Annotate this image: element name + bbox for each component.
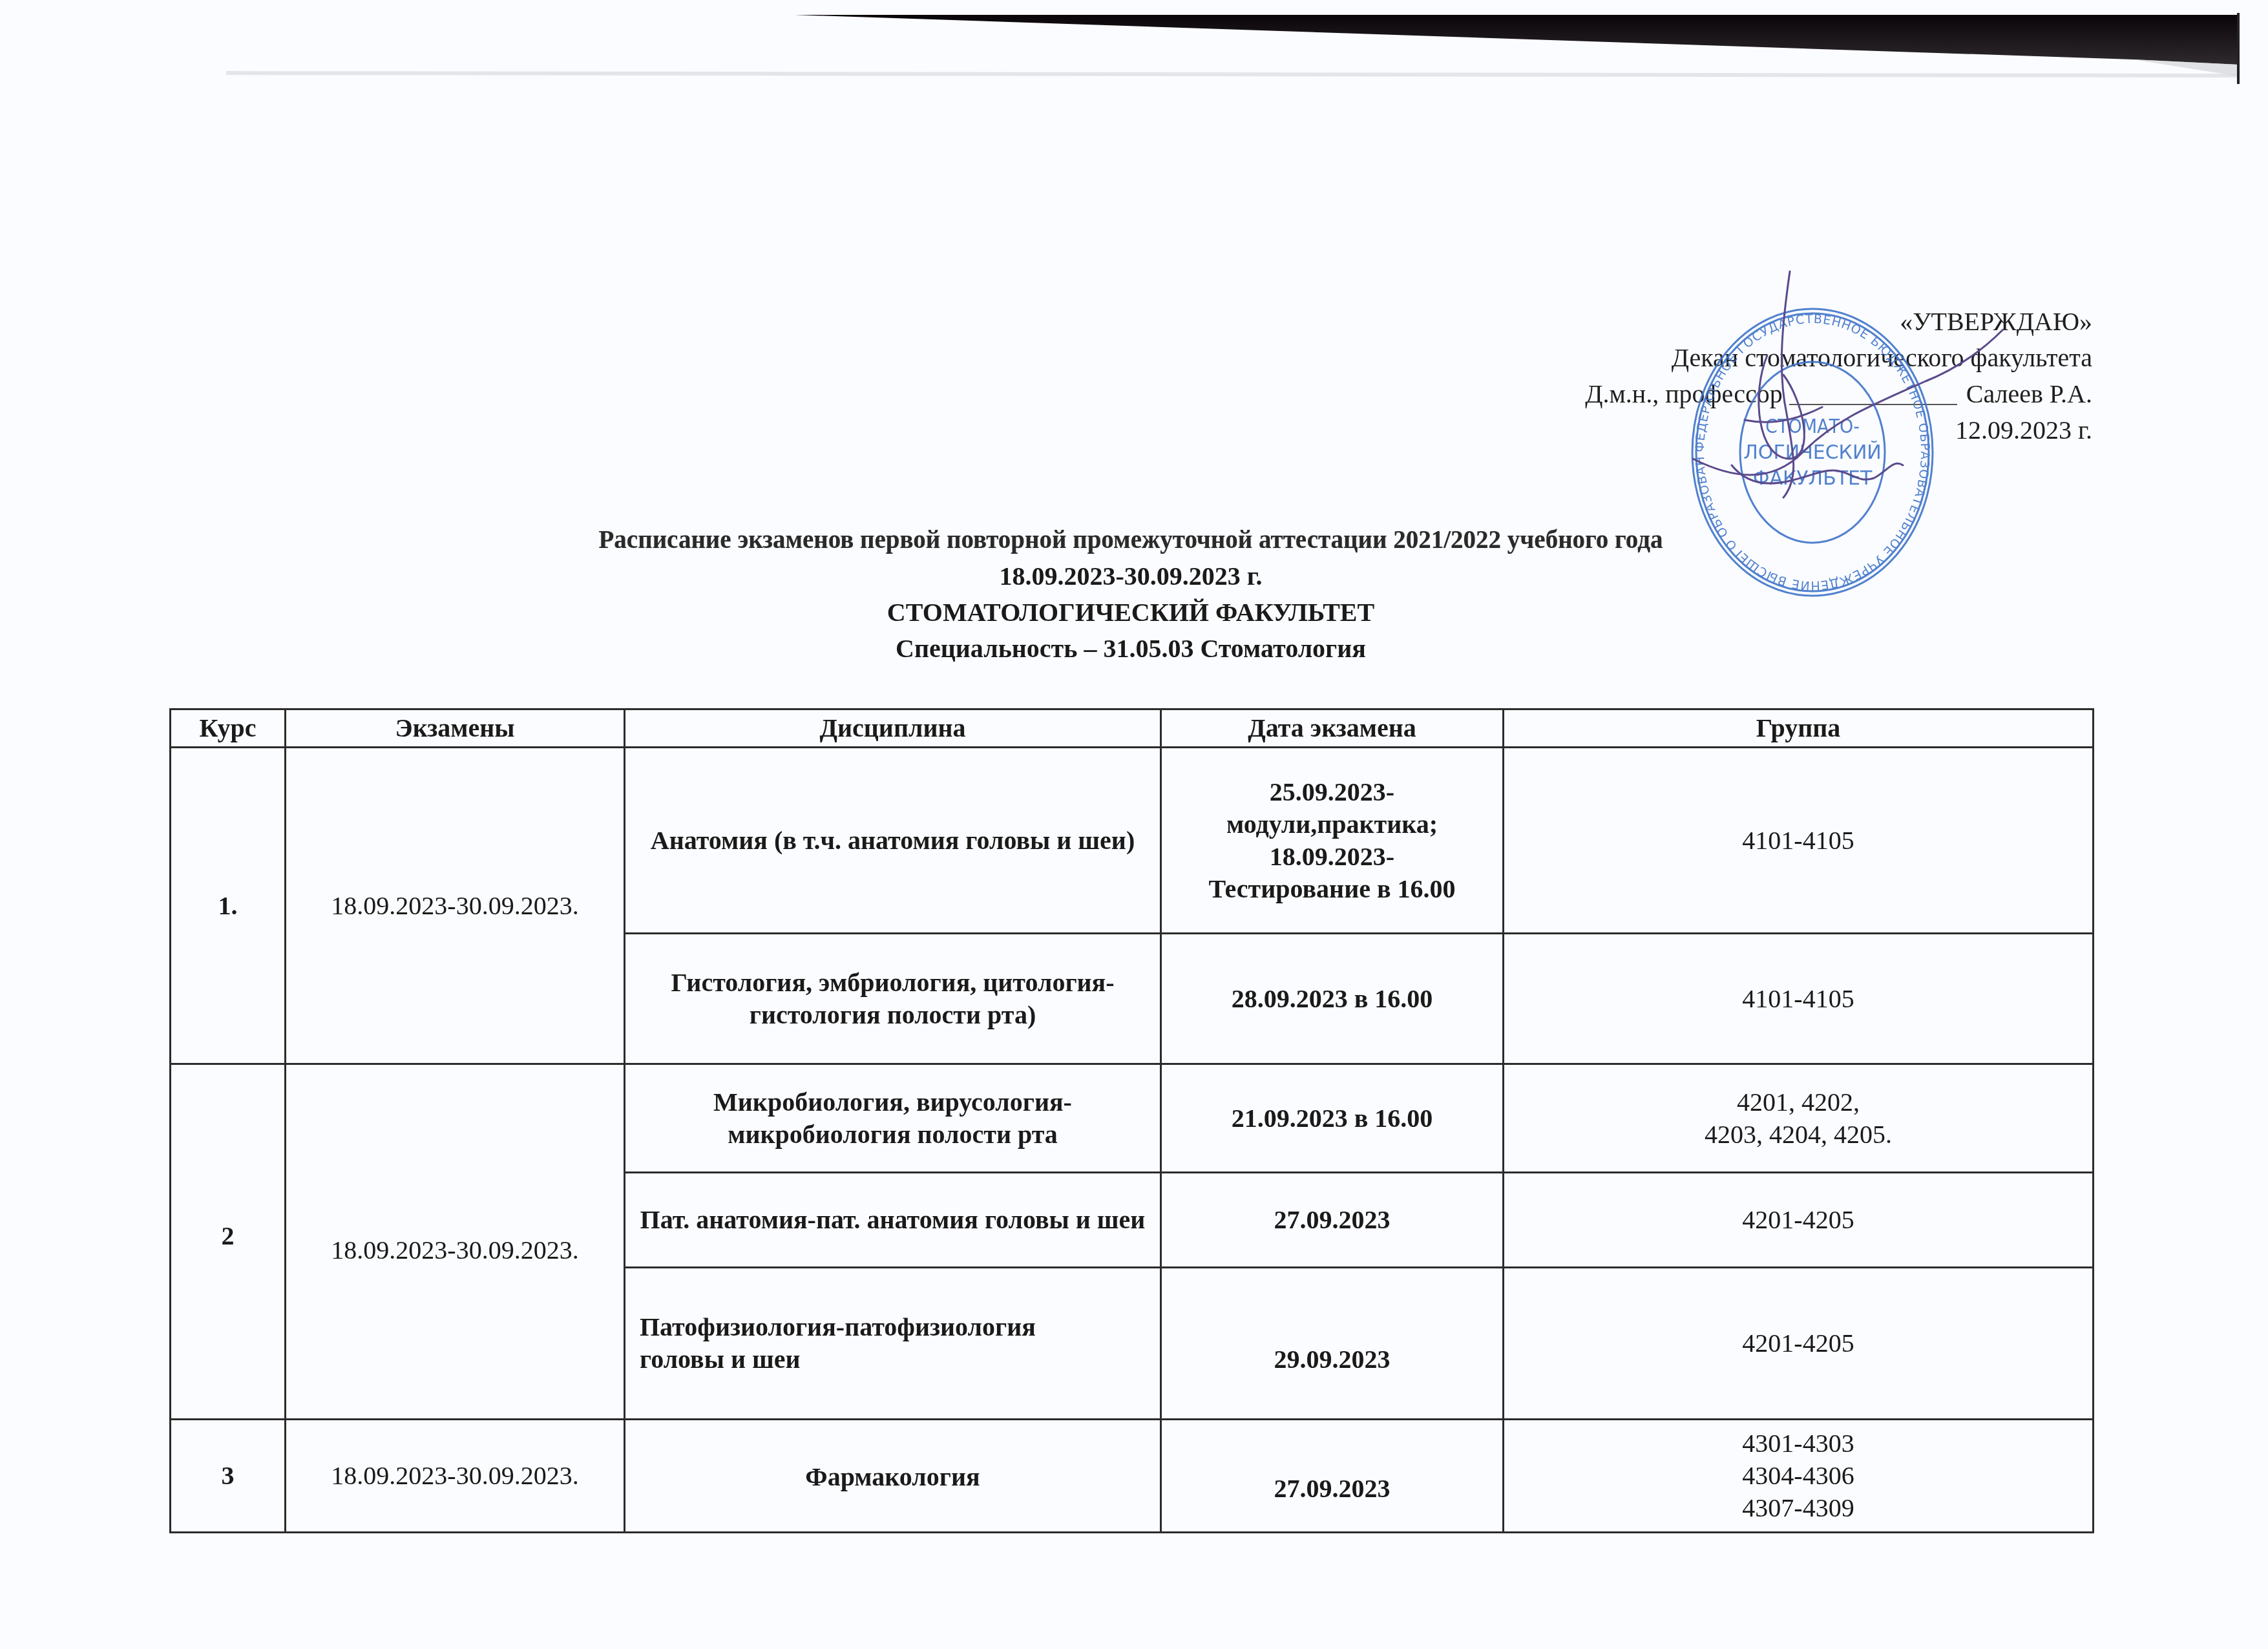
exam-date-line: Тестирование в 16.00	[1171, 873, 1493, 905]
table-header-row: Курс Экзамены Дисциплина Дата экзамена Г…	[171, 709, 2094, 748]
header-exams: Экзамены	[286, 709, 625, 748]
approval-position: Декан стоматологического факультета	[1585, 340, 2092, 376]
scan-edge	[2237, 13, 2240, 84]
course-number: 3	[171, 1420, 286, 1533]
exam-date: 27.09.2023	[1161, 1173, 1504, 1268]
exam-date-line: 25.09.2023-	[1171, 776, 1493, 808]
group-line: 4301-4303	[1513, 1427, 2083, 1460]
scan-shadow	[0, 0, 2268, 90]
group: 4201, 4202, 4203, 4204, 4205.	[1504, 1064, 2094, 1173]
exam-date-line: 18.09.2023-	[1171, 841, 1493, 873]
discipline: Гистология, эмбриология, цитология- гист…	[625, 934, 1161, 1064]
exam-period: 18.09.2023-30.09.2023.	[286, 748, 625, 1064]
group: 4201-4205	[1504, 1268, 2094, 1420]
exam-date: 28.09.2023 в 16.00	[1161, 934, 1504, 1064]
group-line: 4203, 4204, 4205.	[1513, 1119, 2083, 1151]
group-line: 4201, 4202,	[1513, 1086, 2083, 1119]
signature-underline	[1789, 404, 1957, 405]
approval-signature-line: Д.м.н., профессорСалеев Р.А.	[1585, 376, 2092, 412]
approval-heading: «УТВЕРЖДАЮ»	[1585, 304, 2092, 340]
discipline: Анатомия (в т.ч. анатомия головы и шеи)	[625, 748, 1161, 934]
approval-date: 12.09.2023 г.	[1585, 412, 2092, 448]
approval-block: «УТВЕРЖДАЮ» Декан стоматологического фак…	[1585, 304, 2092, 448]
faculty-name: СТОМАТОЛОГИЧЕСКИЙ ФАКУЛЬТЕТ	[169, 594, 2092, 631]
specialty: Специальность – 31.05.03 Стоматология	[169, 631, 2092, 667]
group: 4101-4105	[1504, 934, 2094, 1064]
schedule-period: 18.09.2023-30.09.2023 г.	[169, 558, 2092, 594]
header-group: Группа	[1504, 709, 2094, 748]
exam-schedule-table: Курс Экзамены Дисциплина Дата экзамена Г…	[169, 708, 2094, 1533]
group-line: 4307-4309	[1513, 1492, 2083, 1524]
discipline: Пат. анатомия-пат. анатомия головы и шеи	[625, 1173, 1161, 1268]
table-row: 2 18.09.2023-30.09.2023. Микробиология, …	[171, 1064, 2094, 1173]
approval-degree: Д.м.н., профессор	[1585, 379, 1783, 408]
svg-text:ФАКУЛЬТЕТ: ФАКУЛЬТЕТ	[1753, 467, 1873, 490]
header-discipline: Дисциплина	[625, 709, 1161, 748]
header-course: Курс	[171, 709, 286, 748]
table-row: 3 18.09.2023-30.09.2023. Фармакология 27…	[171, 1420, 2094, 1533]
group-line: 4304-4306	[1513, 1460, 2083, 1492]
exam-date: 21.09.2023 в 16.00	[1161, 1064, 1504, 1173]
document-title: Расписание экзаменов первой повторной пр…	[169, 522, 2092, 667]
exam-date: 27.09.2023	[1161, 1420, 1504, 1533]
table-row: 1. 18.09.2023-30.09.2023. Анатомия (в т.…	[171, 748, 2094, 934]
group: 4101-4105	[1504, 748, 2094, 934]
exam-period: 18.09.2023-30.09.2023.	[286, 1420, 625, 1533]
schedule-title: Расписание экзаменов первой повторной пр…	[169, 522, 2092, 558]
approval-name: Салеев Р.А.	[1966, 379, 2092, 408]
exam-period: 18.09.2023-30.09.2023.	[286, 1064, 625, 1420]
course-number: 2	[171, 1064, 286, 1420]
exam-date: 25.09.2023- модули,практика; 18.09.2023-…	[1161, 748, 1504, 934]
exam-date-line: модули,практика;	[1171, 808, 1493, 841]
discipline: Патофизиология-патофизиология головы и ш…	[625, 1268, 1161, 1420]
header-exam-date: Дата экзамена	[1161, 709, 1504, 748]
group: 4301-4303 4304-4306 4307-4309	[1504, 1420, 2094, 1533]
discipline: Микробиология, вирусология-микробиология…	[625, 1064, 1161, 1173]
discipline: Фармакология	[625, 1420, 1161, 1533]
course-number: 1.	[171, 748, 286, 1064]
exam-date: 29.09.2023	[1161, 1268, 1504, 1420]
group: 4201-4205	[1504, 1173, 2094, 1268]
